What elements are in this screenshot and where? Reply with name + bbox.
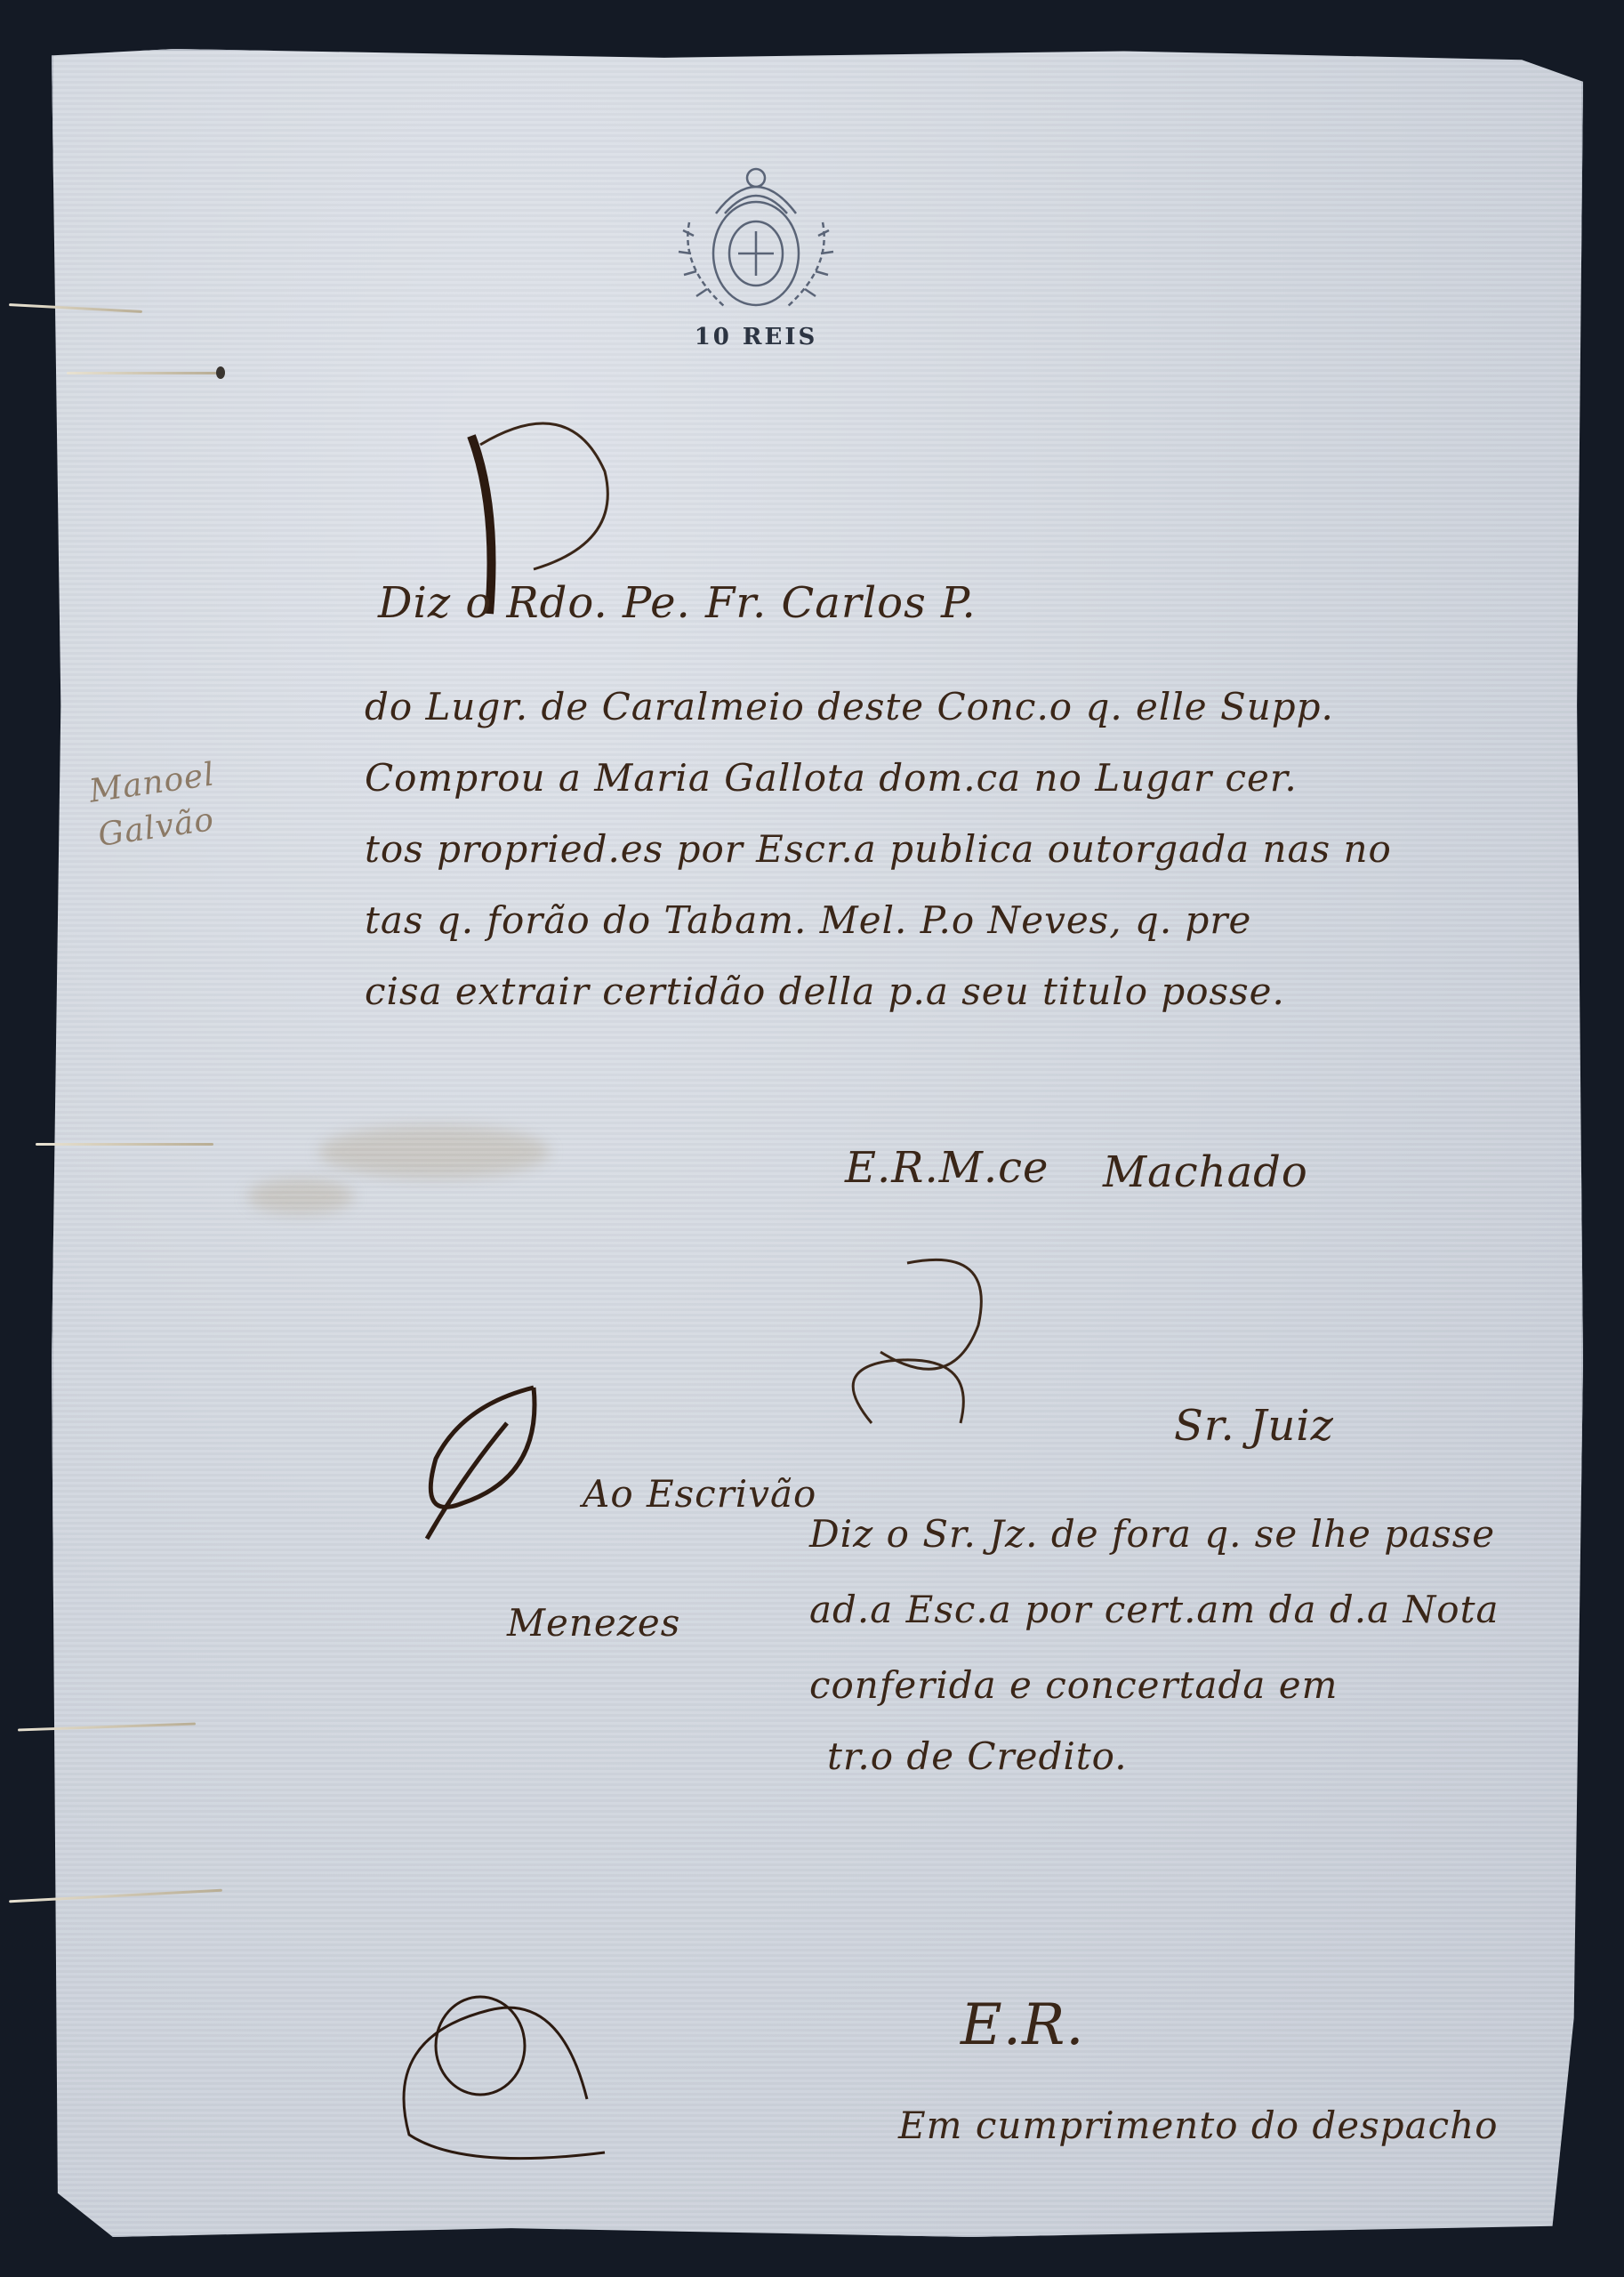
water-stain bbox=[247, 1179, 354, 1214]
stamp-value: 10 REIS bbox=[663, 324, 849, 350]
footer-flourish-icon bbox=[356, 1957, 623, 2188]
footer-text: Em cumprimento do despacho bbox=[898, 2104, 1498, 2147]
dispatch-initial-icon bbox=[409, 1370, 551, 1548]
petition-line-2: do Lugr. de Caralmeio deste Conc.o q. el… bbox=[365, 685, 1334, 728]
binding-thread bbox=[36, 1143, 213, 1146]
coat-of-arms-icon bbox=[663, 151, 849, 320]
footer-signature: E.R. bbox=[961, 1992, 1085, 2058]
binding-thread bbox=[67, 372, 218, 374]
petition-line-1: Diz o Rdo. Pe. Fr. Carlos P. bbox=[378, 578, 977, 628]
petition-line-5: tas q. forão do Tabam. Mel. P.o Neves, q… bbox=[365, 898, 1251, 942]
binding-hole bbox=[216, 366, 225, 379]
petition-signature: Machado bbox=[1103, 1147, 1308, 1197]
petition-line-3: Comprou a Maria Gallota dom.ca no Lugar … bbox=[365, 756, 1298, 800]
dispatch-heading: Sr. Juiz bbox=[1174, 1401, 1334, 1451]
manuscript-page bbox=[52, 49, 1583, 2237]
petition-line-4: tos propried.es por Escr.a publica outor… bbox=[365, 827, 1392, 871]
dispatch-line-2: ad.a Esc.a por cert.am da d.a Nota bbox=[809, 1588, 1499, 1631]
margin-note-menezes: Menezes bbox=[507, 1601, 680, 1645]
dispatch-line-1: Diz o Sr. Jz. de fora q. se lhe passe bbox=[809, 1512, 1495, 1556]
water-stain bbox=[318, 1125, 550, 1179]
dispatch-line-3: conferida e concertada em bbox=[809, 1663, 1338, 1707]
petition-line-6: cisa extrair certidão della p.a seu titu… bbox=[365, 970, 1285, 1013]
dispatch-line-4: tr.o de Credito. bbox=[827, 1734, 1128, 1778]
petition-closing: E.R.M.ce bbox=[845, 1143, 1049, 1193]
dispatch-flourish-icon bbox=[818, 1245, 1049, 1459]
tax-stamp: 10 REIS bbox=[663, 151, 849, 356]
margin-note-escrivao: Ao Escrivão bbox=[583, 1472, 816, 1516]
